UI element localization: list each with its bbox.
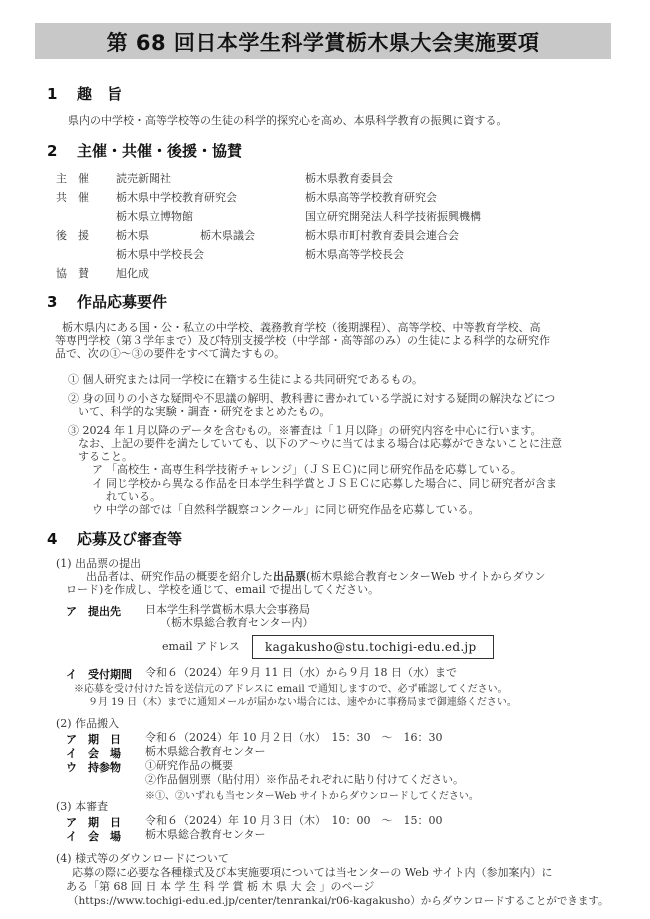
row-label: 後 援 <box>56 229 89 243</box>
destination-subname: （栃木県総合教育センター内） <box>160 616 314 630</box>
org-name: 栃木県中学校長会 <box>116 248 204 262</box>
submission-period: 令和６（2024）年９月 11 日（水）から９月 18 日（水）まで <box>145 666 457 680</box>
entry-form-line: 出品者は、研究作品の概要を紹介した出品票(栃木県総合教育センターWeb サイトか… <box>86 570 546 584</box>
section-number: 1 <box>47 85 77 103</box>
delivery-venue: 栃木県総合教育センター <box>145 745 266 759</box>
section-number: 2 <box>47 142 77 160</box>
exclusion-item: れている。 <box>106 490 161 504</box>
venue-label: イ 会 場 <box>66 828 121 844</box>
exclusion-note: すること。 <box>78 450 133 464</box>
email-box: kagakusho@stu.tochigi-edu.ed.jp <box>252 635 494 659</box>
org-name: 栃木県教育委員会 <box>305 172 393 186</box>
download-text: 応募の際に必要な各種様式及び本実施要項については当センターの Web サイト内（… <box>72 866 553 880</box>
row-label: 協 賛 <box>56 267 89 281</box>
judging-venue: 栃木県総合教育センター <box>145 828 266 842</box>
judging-date: 令和６（2024）年 10 月３日（木） 10：00 ～ 15：00 <box>145 814 442 828</box>
requirements-intro: 等専門学校（第３学年まで）及び特別支援学校（中学部・高等部のみ）の生徒による科学… <box>55 334 550 348</box>
section-title: 趣 旨 <box>77 85 122 103</box>
exclusion-item: 同じ学校から異なる作品を日本学生科学賞とＪＳＥＣに応募した場合に、同じ研究者が含… <box>106 477 557 491</box>
requirement-1: ① 個人研究または同一学校に在籍する生徒による共同研究であるもの。 <box>68 373 423 387</box>
subsection-title: (2) 作品搬入 <box>56 717 119 731</box>
item: ②作品個別票（貼付用）※作品それぞれに貼り付けてください。 <box>145 773 464 787</box>
text: (栃木県総合教育センターWeb サイトからダウン <box>306 570 546 583</box>
exclusion-mark: ア <box>92 463 103 477</box>
requirements-intro: 品で、次の①～③の要件をすべて満たすもの。 <box>55 347 285 361</box>
entry-form-line: ロード)を作成し、学校を通じて、email で提出してください。 <box>66 583 379 597</box>
exclusion-item: 「高校生・高専生科学技術チャレンジ」（ＪＳＥＣ)に同じ研究作品を応募している。 <box>106 463 522 477</box>
requirement-3: ③ 2024 年１月以降のデータを含むもの。※審査は「１月以降」の研究内容を中心… <box>68 424 542 438</box>
delivery-date: 令和６（2024）年 10 月２日（水） 15：30 ～ 16：30 <box>145 731 442 745</box>
destination-label: ア 提出先 <box>66 603 121 619</box>
item-note: ※①、②いずれも当センターWeb サイトからダウンロードしてください。 <box>145 787 479 802</box>
download-text: ある「第 68 回 日 本 学 生 科 学 賞 栃 木 県 大 会 」のページ <box>66 880 374 894</box>
subsection-title: (1) 出品票の提出 <box>56 557 141 571</box>
document-title: 第 68 回日本学生科学賞栃木県大会実施要項 <box>35 27 611 57</box>
section-number: 3 <box>47 293 77 311</box>
section-4-heading: 4応募及び審査等 <box>47 528 182 549</box>
section-2-heading: 2主催・共催・後援・協賛 <box>47 140 242 161</box>
section-1-heading: 1趣 旨 <box>47 83 122 104</box>
email-label: email アドレス <box>162 640 240 654</box>
org-name: 旭化成 <box>116 267 149 281</box>
org-name: 栃木県立博物館 <box>116 210 193 224</box>
org-name: 栃木県市町村教育委員会連合会 <box>305 229 459 243</box>
title-banner: 第 68 回日本学生科学賞栃木県大会実施要項 <box>35 23 611 59</box>
exclusion-item: 中学の部では「自然科学観察コンクール」に同じ研究作品を応募している。 <box>106 503 480 517</box>
section-3-heading: 3作品応募要件 <box>47 291 167 312</box>
purpose-text: 県内の中学校・高等学校等の生徒の科学的探究心を高め、本県科学教育の振興に資する。 <box>68 114 508 128</box>
subsection-title: (3) 本審査 <box>56 800 108 814</box>
requirement-2: ② 身の回りの小さな疑問や不思議の解明、教科書に書かれている学説に対する疑問の解… <box>68 392 555 406</box>
download-url-text[interactable]: （https://www.tochigi-edu.ed.jp/center/te… <box>68 894 609 908</box>
text: 出品者は、研究作品の概要を紹介した <box>86 570 273 583</box>
org-name: 栃木県高等学校長会 <box>305 248 404 262</box>
org-name: 栃木県中学校教育研究会 <box>116 191 237 205</box>
exclusion-note: なお、上記の要件を満たしていても、以下のア～ウに当てはまる場合は応募ができないこ… <box>78 437 562 451</box>
org-name: 読売新聞社 <box>116 172 171 186</box>
items-label: ウ 持参物 <box>66 759 121 775</box>
org-name: 栃木県高等学校教育研究会 <box>305 191 437 205</box>
row-label: 主 催 <box>56 172 89 186</box>
section-title: 応募及び審査等 <box>77 530 182 548</box>
section-number: 4 <box>47 530 77 548</box>
org-name: 国立研究開発法人科学技術振興機構 <box>305 210 481 224</box>
notice-text: ９月 19 日（木）までに通知メールが届かない場合には、速やかに事務局まで御連絡… <box>88 693 517 708</box>
row-label: 共 催 <box>56 191 89 205</box>
org-name: 栃木県議会 <box>200 229 255 243</box>
email-address[interactable]: kagakusho@stu.tochigi-edu.ed.jp <box>265 640 476 654</box>
org-name: 栃木県 <box>116 229 149 243</box>
destination-name: 日本学生科学賞栃木県大会事務局 <box>145 603 310 617</box>
exclusion-mark: イ <box>92 477 103 491</box>
requirements-intro: 栃木県内にある国・公・私立の中学校、義務教育学校（後期課程）、高等学校、中等教育… <box>62 321 541 335</box>
section-title: 作品応募要件 <box>77 293 167 311</box>
entry-form-term: 出品票 <box>273 570 306 583</box>
exclusion-mark: ウ <box>92 503 103 517</box>
subsection-title: (4) 様式等のダウンロードについて <box>56 852 229 866</box>
section-title: 主催・共催・後援・協賛 <box>77 142 242 160</box>
requirement-2: いて、科学的な実験・調査・研究をまとめたもの。 <box>78 405 330 419</box>
item: ①研究作品の概要 <box>145 759 233 773</box>
